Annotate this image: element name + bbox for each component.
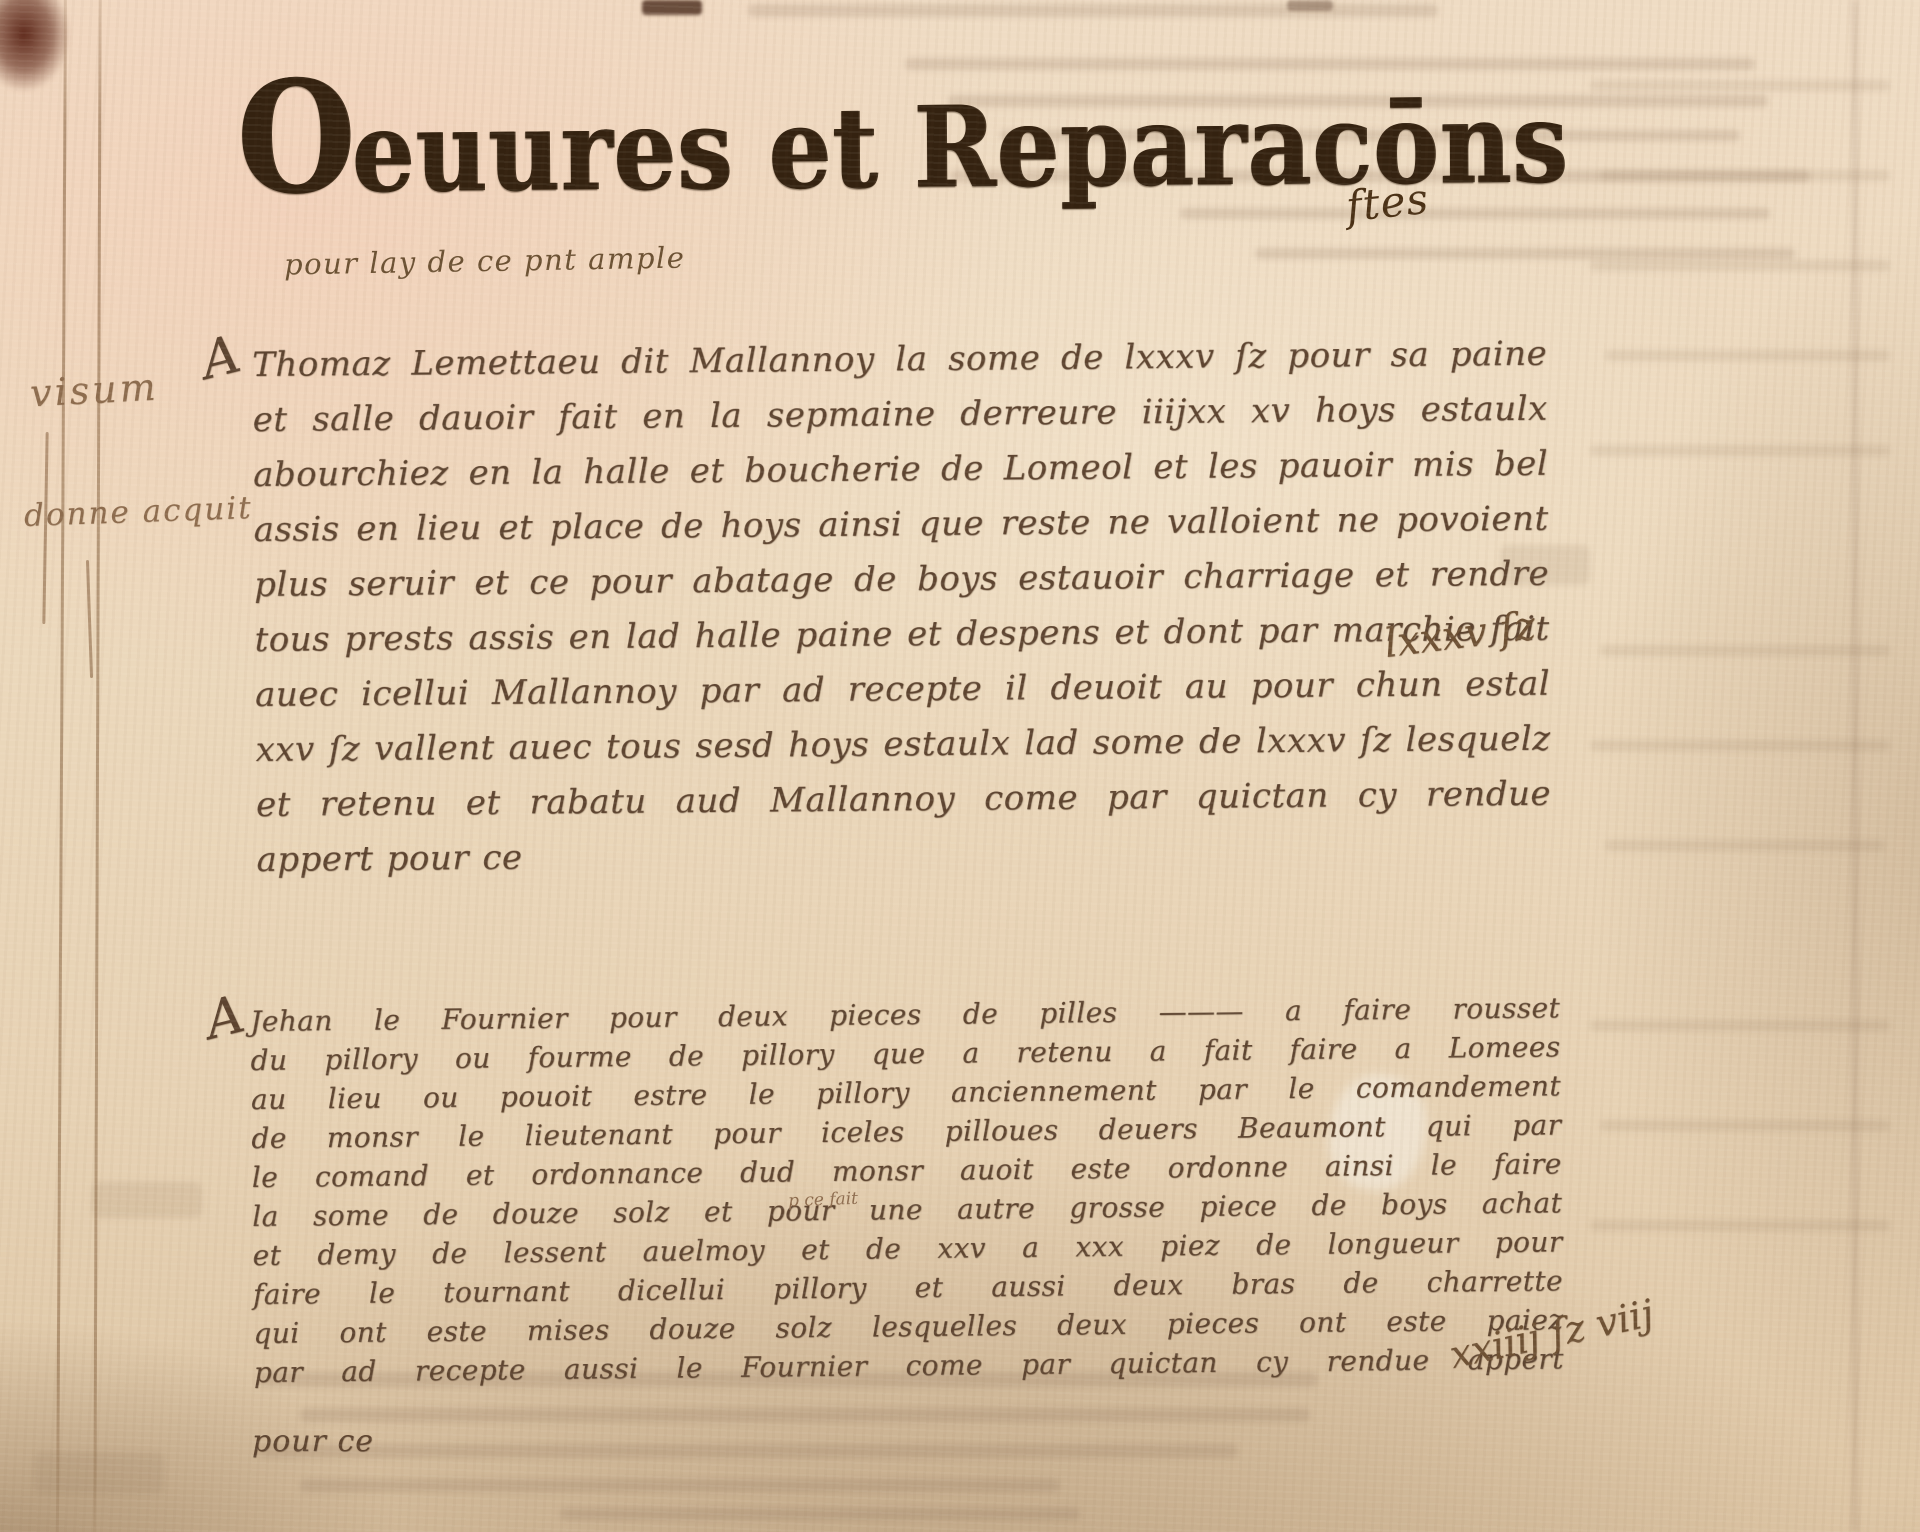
show-through-line xyxy=(1590,1020,1890,1031)
show-through-line xyxy=(748,4,1438,17)
page-subtitle: pour lay de ce pnt ample xyxy=(284,240,686,281)
entry-1-text: Thomaz Lemettaeu dit Mallannoy la some d… xyxy=(252,327,1552,888)
margin-note-visum: visum xyxy=(29,365,160,416)
show-through-line xyxy=(1605,840,1885,851)
show-through-line xyxy=(1605,350,1890,361)
manuscript-page: Oeuures et Reparacōns ftes pour lay de c… xyxy=(0,0,1920,1532)
page-crease xyxy=(1852,0,1858,1532)
text-line: et retenu et rabatu aud Mallannoy come p… xyxy=(256,767,1551,833)
show-through-line xyxy=(560,1508,1080,1520)
ink-blotch xyxy=(0,0,70,92)
margin-note-acquit: donne acquit xyxy=(23,490,253,534)
entry-2-text: Jehan le Fournier pour deux pieces de pi… xyxy=(250,988,1564,1392)
show-through-line xyxy=(300,1479,1060,1492)
show-through-line xyxy=(1600,645,1890,656)
edge-mark xyxy=(1287,0,1333,11)
show-through-line xyxy=(1590,80,1890,91)
ruling-line xyxy=(93,0,101,1532)
show-through-line xyxy=(1590,445,1890,456)
show-through-line xyxy=(1600,170,1890,181)
page-title-suffix: ftes xyxy=(1344,174,1432,231)
show-through-line xyxy=(1600,1120,1890,1131)
show-through-line xyxy=(34,1452,164,1494)
interlinear-note: p ce fait xyxy=(788,1189,859,1211)
show-through-line xyxy=(1590,740,1890,751)
paragraph-mark: A xyxy=(199,984,250,1051)
show-through-line xyxy=(258,1444,1238,1458)
show-through-line xyxy=(92,1182,202,1218)
paragraph-mark: A xyxy=(195,324,246,391)
margin-bracket-stroke xyxy=(86,560,93,678)
show-through-line xyxy=(1590,260,1890,271)
show-through-line xyxy=(1255,248,1795,259)
edge-mark xyxy=(642,0,702,15)
ruling-line xyxy=(56,0,67,1532)
entry-2-closing: pour ce xyxy=(252,1424,374,1459)
show-through-line xyxy=(300,1408,1310,1422)
text-line: appert pour ce xyxy=(256,822,1551,888)
show-through-line xyxy=(1590,1220,1890,1231)
